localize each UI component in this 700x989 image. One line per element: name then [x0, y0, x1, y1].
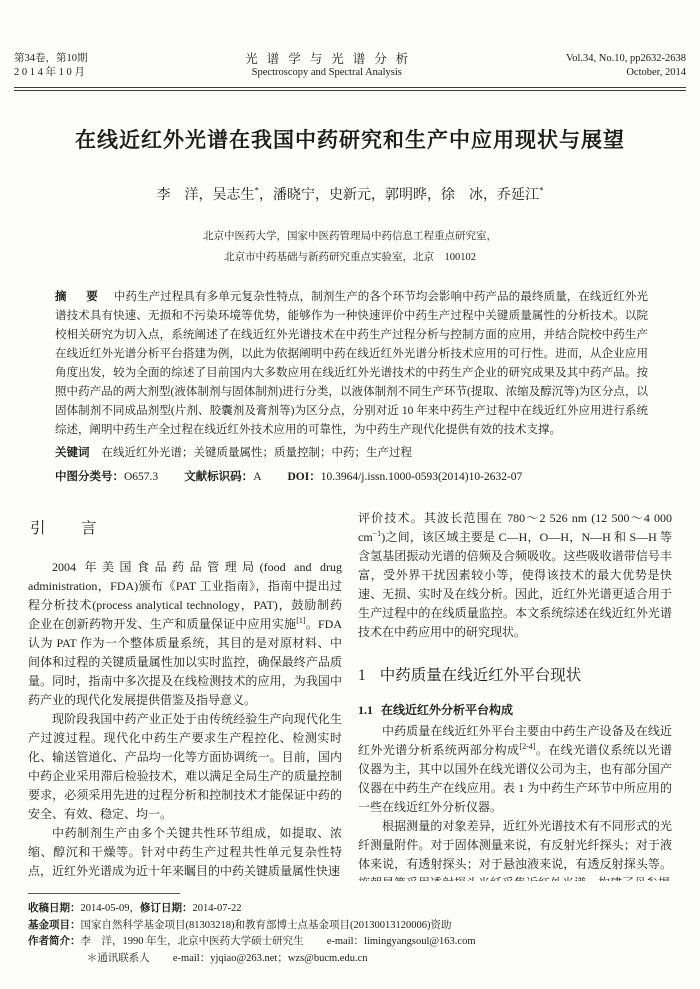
header-vol-en-block: Vol.34, No.10, pp2632-2638 October, 2014	[566, 52, 686, 80]
section-1-heading: 1中药质量在线近红外平台现状	[358, 666, 672, 685]
revised-label: 修订日期：	[140, 903, 193, 914]
received-label: 收稿日期：	[28, 903, 81, 914]
abstract-label: 摘 要	[55, 291, 102, 303]
section-1-1-number: 1.1	[358, 703, 373, 717]
clc-value: O657.3	[124, 471, 158, 483]
introduction-heading: 引 言	[30, 519, 342, 538]
received-date: 2014-05-09，	[81, 903, 141, 914]
corresponding-author-asterisk: *	[539, 185, 544, 195]
keywords-label: 关键词	[55, 447, 90, 459]
paragraph-text: )之间，该区域主要是 C—H，O—H，N—H 和 S—H 等含氢基团振动光谱的倍…	[358, 530, 672, 639]
bio-email: e-mail：limingyangsoul@163.com	[327, 936, 476, 947]
intro-paragraph-2: 现阶段我国中药产业正处于由传统经验生产向现代化生产过渡过程。现代化中药生产要求生…	[28, 710, 342, 824]
abstract: 摘 要中药生产过程具有多单元复杂性特点，制剂生产的各个环节均会影响中药产品的最终…	[55, 288, 648, 440]
continuation-paragraph: 评价技术。其波长范围在 780～2 526 nm (12 500～4 000 c…	[358, 509, 672, 642]
classification-line: 中图分类号：O657.3文献标识码：ADOI：10.3964/j.issn.10…	[55, 468, 648, 487]
issue-date-en: October, 2014	[566, 66, 686, 80]
header-volume-block: 第34卷，第10期 2 0 1 4 年 1 0 月	[14, 52, 88, 80]
header-divider	[14, 87, 686, 91]
paper-page: 第34卷，第10期 2 0 1 4 年 1 0 月 光谱学与光谱分析 Spect…	[0, 0, 700, 989]
citation-ref-2-4: [2-4]	[519, 742, 535, 751]
issue-date-cn: 2 0 1 4 年 1 0 月	[14, 66, 88, 80]
affiliation: 北京中医药大学，国家中医药管理局中药信息工程重点研究室， 北京市中药基础与新药研…	[0, 226, 700, 268]
keywords-text: 在线近红外光谱；关键质量属性；质量控制；中药；生产过程	[102, 447, 413, 459]
funding-text: 国家自然科学基金项目(81303218)和教育部博士点基金项目(20130013…	[81, 920, 452, 931]
funding-label: 基金项目：	[28, 920, 81, 931]
author-bio-line: 作者简介：李 洋，1990 年生，北京中医药大学硕士研究生e-mail：limi…	[28, 934, 674, 951]
affiliation-line-1: 北京中医药大学，国家中医药管理局中药信息工程重点研究室，	[0, 226, 700, 247]
citation-ref-1: [1]	[296, 616, 305, 625]
volume-pages-en: Vol.34, No.10, pp2632-2638	[566, 52, 686, 66]
doi-value: 10.3964/j.issn.1000-0593(2014)10-2632-07	[321, 471, 523, 483]
section-1-1-heading: 1.1在线近红外分析平台构成	[358, 701, 672, 720]
section-1-title: 中药质量在线近红外平台现状	[380, 667, 582, 684]
section-1-1-paragraph-1: 中药质量在线近红外平台主要由中药生产设备及在线近红外光谱分析系统两部分构成[2-…	[358, 722, 672, 817]
footnote-divider	[28, 893, 180, 894]
keywords-line: 关键词在线近红外光谱；关键质量属性；质量控制；中药；生产过程	[55, 444, 648, 463]
doc-code-value: A	[253, 471, 261, 483]
intro-paragraph-1: 2004 年美国食品药品管理局(food and drug administra…	[28, 558, 342, 710]
journal-title-cn: 光谱学与光谱分析	[236, 52, 417, 66]
article-title: 在线近红外光谱在我国中药研究和生产中应用现状与展望	[0, 124, 700, 154]
journal-header: 第34卷，第10期 2 0 1 4 年 1 0 月 光谱学与光谱分析 Spect…	[0, 0, 700, 80]
header-journal-block: 光谱学与光谱分析 Spectroscopy and Spectral Analy…	[236, 52, 417, 80]
received-dates-line: 收稿日期：2014-05-09，修订日期：2014-07-22	[28, 901, 674, 918]
wavenumber-exponent: −1	[373, 529, 382, 538]
clc-label: 中图分类号：	[55, 471, 124, 483]
paragraph-text: 2004 年美国食品药品管理局(food and drug administra…	[28, 560, 342, 631]
right-column: 评价技术。其波长范围在 780～2 526 nm (12 500～4 000 c…	[358, 509, 672, 881]
abstract-text: 中药生产过程具有多单元复杂性特点，制剂生产的各个环节均会影响中药产品的最终质量，…	[55, 291, 648, 436]
journal-title-en: Spectroscopy and Spectral Analysis	[236, 66, 417, 80]
funding-line: 基金项目：国家自然科学基金项目(81303218)和教育部博士点基金项目(201…	[28, 918, 674, 935]
intro-paragraph-3: 中药制剂生产由多个关键共性环节组成，如提取、浓缩、醇沉和干燥等。针对中药生产过程…	[28, 824, 342, 881]
author-line: 李 洋，吴志生*，潘晓宁，史新元，郭明晔，徐 冰，乔延江*	[0, 184, 700, 204]
corresponding-note: ＊通讯联系人	[87, 953, 150, 964]
author-segment: ，潘晓宁，史新元，郭明晔，徐 冰，乔延江	[259, 188, 539, 203]
volume-issue: 第34卷，第10期	[14, 52, 88, 66]
bio-label: 作者简介：	[28, 936, 81, 947]
footnote-block: 收稿日期：2014-05-09，修订日期：2014-07-22 基金项目：国家自…	[28, 893, 674, 967]
bio-text: 李 洋，1990 年生，北京中医药大学硕士研究生	[81, 936, 304, 947]
corresponding-author-line: ＊通讯联系人e-mail：yjqiao@263.net；wzs@bucm.edu…	[87, 951, 674, 968]
doi-label: DOI：	[288, 471, 321, 483]
revised-date: 2014-07-22	[193, 903, 242, 914]
doc-code-label: 文献标识码：	[184, 471, 253, 483]
section-1-1-paragraph-2: 根据测量的对象差异，近红外光谱技术有不同形式的光纤测量附件。对于固体测量来说，有…	[358, 817, 672, 881]
affiliation-line-2: 北京市中药基础与新药研究重点实验室，北京 100102	[0, 247, 700, 268]
section-1-number: 1	[358, 667, 366, 684]
body-columns: 引 言 2004 年美国食品药品管理局(food and drug admini…	[0, 509, 700, 881]
author-segment: 李 洋，吴志生	[157, 188, 255, 203]
corresponding-emails: e-mail：yjqiao@263.net；wzs@bucm.edu.cn	[173, 953, 368, 964]
left-column: 引 言 2004 年美国食品药品管理局(food and drug admini…	[28, 509, 342, 881]
section-1-1-title: 在线近红外分析平台构成	[381, 703, 513, 717]
